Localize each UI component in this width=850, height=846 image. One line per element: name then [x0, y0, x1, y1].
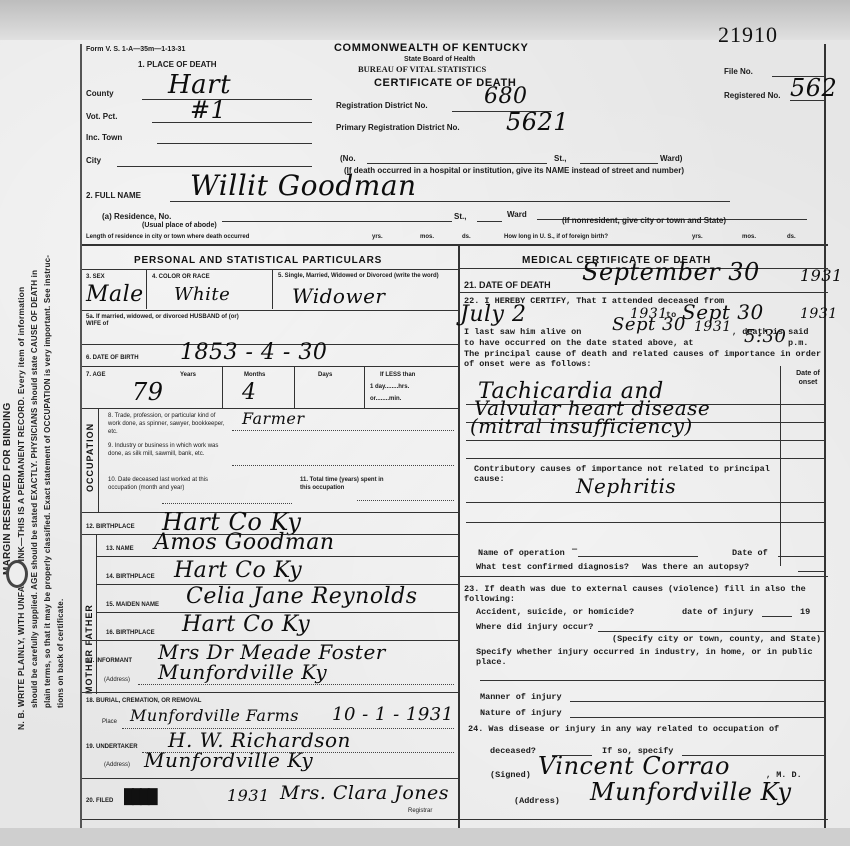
- injury-date-line: [762, 616, 792, 617]
- city-line: [117, 166, 312, 167]
- where-injury-label: Where did injury occur?: [476, 622, 593, 632]
- registration-district-label: Registration District No.: [336, 101, 428, 110]
- occupation-side-label: OCCUPATION: [85, 423, 95, 492]
- date-of-onset-label: Date of onset: [792, 369, 824, 387]
- last-saw-year: 1931: [694, 319, 732, 335]
- row-father-name-line: [96, 556, 458, 557]
- margin-binding-label: MARGIN RESERVED FOR BINDING: [2, 403, 13, 575]
- age-years-value: 79: [132, 378, 164, 406]
- burial-date-value: 10 - 1 - 1931: [332, 704, 454, 725]
- informant-label: 17. INFORMANT: [86, 658, 132, 664]
- ward-line: [580, 163, 658, 164]
- contributory-rule-2: [466, 522, 826, 523]
- occupation-related-label: 24. Was disease or injury in any way rel…: [468, 724, 779, 734]
- industry-label: 9. Industry or business in which work wa…: [108, 442, 228, 458]
- parents-side-divider: [96, 534, 97, 694]
- sex-value: Male: [86, 282, 144, 307]
- physician-address-label: (Address): [514, 796, 560, 806]
- onset-column-divider: [780, 366, 781, 566]
- color-value: White: [174, 284, 230, 305]
- death-certificate-form: Form V. S. 1-A—35m—1-13-31 COMMONWEALTH …: [80, 44, 826, 828]
- undertaker-address-value: Munfordville Ky: [144, 748, 313, 772]
- injury-year-label: 19: [800, 607, 810, 617]
- external-causes-label: 23. If death was due to external causes …: [464, 584, 826, 604]
- mother-maiden-label: 15. MAIDEN NAME: [106, 602, 159, 608]
- where-injury-line: [598, 631, 826, 632]
- nonresident-note: (If nonresident, give city or town and S…: [562, 216, 726, 225]
- age-months-value: 4: [242, 380, 257, 405]
- trade-label: 8. Trade, profession, or particular kind…: [108, 412, 228, 436]
- inc-town-label: Inc. Town: [86, 133, 122, 142]
- dob-label: 6. DATE OF BIRTH: [86, 355, 139, 361]
- test-label: What test confirmed diagnosis?: [476, 562, 629, 572]
- certificate-number: 21910: [718, 22, 778, 48]
- attended-to-year: 1931: [800, 306, 838, 322]
- primary-district-label: Primary Registration District No.: [336, 123, 460, 132]
- date-of-death-year: 1931: [800, 266, 843, 285]
- injury-location-line: [480, 680, 826, 681]
- attended-from-value: July 2: [460, 302, 526, 327]
- residence-st-line: [477, 221, 502, 222]
- nature-injury-label: Nature of injury: [480, 708, 562, 718]
- registrar-label: Registrar: [408, 808, 432, 814]
- father-name-value: Amos Goodman: [154, 530, 335, 555]
- physician-address: Munfordville Ky: [590, 778, 792, 806]
- trade-line: [232, 430, 454, 431]
- trade-value: Farmer: [242, 409, 305, 428]
- margin-instruction-line3: plain terms, so that it may be properly …: [43, 255, 52, 708]
- row-filed-line: [82, 819, 458, 820]
- operation-label: Name of operation: [478, 548, 565, 558]
- operation-line: [578, 556, 698, 557]
- cause-line-3: (mitral insufficiency): [470, 414, 693, 438]
- foreign-mos: mos.: [742, 234, 756, 240]
- filed-registrar: Mrs. Clara Jones: [280, 782, 449, 804]
- header-board: State Board of Health: [404, 56, 475, 63]
- last-worked-label: 10. Date deceased last worked at this oc…: [108, 476, 228, 492]
- burial-label: 18. BURIAL, CREMATION, OR REMOVAL: [86, 698, 201, 704]
- where-injury-note: (Specify city or town, county, and State…: [612, 634, 821, 644]
- inc-town-line: [157, 143, 312, 144]
- burial-place-label: Place: [102, 719, 117, 725]
- last-worked-line: [162, 503, 292, 504]
- street-no-label: (No.: [340, 154, 356, 163]
- foreign-ds: ds.: [787, 234, 796, 240]
- residence-line: [222, 221, 452, 222]
- residence-yrs: yrs.: [372, 234, 383, 240]
- manner-injury-line: [570, 701, 826, 702]
- punch-hole-icon: [6, 560, 28, 588]
- contributory-rule-1: [466, 502, 826, 503]
- file-no-label: File No.: [724, 67, 753, 76]
- operation-divider: [460, 576, 828, 577]
- one-day-label: 1 day........hrs.: [370, 384, 409, 390]
- operation-date-line: [778, 556, 826, 557]
- header-divider: [82, 244, 828, 246]
- county-label: County: [86, 89, 114, 98]
- row-informant-line: [82, 692, 458, 693]
- total-time-line: [357, 500, 454, 501]
- total-time-label: 11. Total time (years) spent in this occ…: [300, 476, 390, 492]
- personal-title-line: [82, 269, 458, 270]
- header-commonwealth: COMMONWEALTH OF KENTUCKY: [334, 42, 528, 54]
- full-name-label: 2. FULL NAME: [86, 191, 141, 200]
- autopsy-label: Was there an autopsy?: [642, 562, 749, 572]
- age-months-label: Months: [244, 372, 265, 378]
- street-label: St.,: [554, 154, 566, 163]
- informant-address-label: (Address): [104, 677, 130, 683]
- spouse-label: 5a. If married, widowed, or divorced HUS…: [86, 314, 246, 328]
- row-undertaker-line: [82, 778, 458, 779]
- age-days-label: Days: [318, 372, 332, 378]
- residence-label: (a) Residence, No.: [102, 212, 171, 221]
- form-code: Form V. S. 1-A—35m—1-13-31: [86, 46, 185, 53]
- residence-length-label: Length of residence in city or town wher…: [86, 234, 249, 240]
- mother-maiden-value: Celia Jane Reynolds: [186, 584, 418, 609]
- margin-instruction-line1: N. B. WRITE PLAINLY, WITH UNFADING INK—T…: [16, 287, 26, 730]
- color-label: 4. COLOR OR RACE: [152, 274, 210, 280]
- place-of-death-label: 1. PLACE OF DEATH: [138, 60, 217, 69]
- certificate-page: MARGIN RESERVED FOR BINDING N. B. WRITE …: [0, 0, 850, 846]
- dob-value: 1853 - 4 - 30: [180, 340, 327, 365]
- industry-line: [232, 465, 454, 466]
- injury-date-label: date of injury: [682, 607, 753, 617]
- signature-bottom-line: [460, 819, 828, 820]
- cause-line-4-rule: [466, 458, 826, 459]
- or-min-label: or........min.: [370, 396, 401, 402]
- autopsy-line: [798, 571, 826, 572]
- age-label: 7. AGE: [86, 372, 105, 378]
- full-name-value: Willit Goodman: [190, 169, 417, 202]
- undertaker-address-label: (Address): [104, 762, 130, 768]
- binding-margin: MARGIN RESERVED FOR BINDING N. B. WRITE …: [0, 0, 76, 846]
- informant-address-line: [138, 684, 454, 685]
- parents-side-label: MOTHER FATHER: [84, 604, 94, 694]
- age-months-divider: [294, 366, 295, 408]
- operation-value: —: [572, 544, 577, 554]
- row-sex-line: [82, 310, 458, 311]
- informant-address-value: Munfordville Ky: [158, 660, 327, 684]
- residence-ward-label: Ward: [507, 210, 527, 219]
- sex-divider: [146, 269, 147, 309]
- less-than-label: If LESS than: [380, 372, 415, 378]
- burial-place-value: Munfordville Farms: [130, 706, 299, 725]
- mother-birthplace-label: 16. BIRTHPLACE: [106, 630, 155, 636]
- registered-no-label: Registered No.: [724, 91, 780, 100]
- cause-intro: The principal cause of death and related…: [464, 349, 826, 369]
- marital-value: Widower: [292, 284, 385, 308]
- vot-pct-value: #1: [190, 96, 226, 124]
- margin-instruction-line4: tions on back of certificate.: [56, 599, 65, 708]
- pm-label: p.m.: [788, 338, 808, 348]
- signed-label: (Signed): [490, 770, 531, 780]
- occupation-side-divider: [98, 408, 99, 512]
- undertaker-label: 19. UNDERTAKER: [86, 744, 138, 750]
- age-years-label: Years: [180, 372, 196, 378]
- residence-st-label: St.,: [454, 212, 466, 221]
- age-years-divider: [222, 366, 223, 408]
- date-of-death-value: September 30: [582, 258, 760, 286]
- last-saw-value: Sept 30: [612, 314, 686, 335]
- manner-injury-label: Manner of injury: [480, 692, 562, 702]
- occupation-related-deceased-label: deceased?: [490, 746, 536, 756]
- margin-instruction-line2: should be carefully supplied. AGE should…: [30, 270, 39, 708]
- occurred-label: to have occurred on the date stated abov…: [464, 338, 694, 348]
- city-label: City: [86, 156, 101, 165]
- personal-section-title: PERSONAL AND STATISTICAL PARTICULARS: [134, 255, 382, 266]
- primary-district-value: 5621: [506, 108, 569, 136]
- foreign-yrs: yrs.: [692, 234, 703, 240]
- filed-date-obscured: ████: [124, 788, 156, 804]
- sex-label: 3. SEX: [86, 274, 105, 280]
- physician-signature: Vincent Corrao: [538, 752, 730, 780]
- date-of-death-label: 21. DATE OF DEATH: [464, 280, 551, 290]
- filed-label: 20. FILED: [86, 798, 113, 804]
- vot-pct-line: [152, 122, 312, 123]
- mother-birthplace-value: Hart Co Ky: [182, 612, 310, 637]
- ward-label: Ward): [660, 154, 682, 163]
- father-birthplace-label: 14. BIRTHPLACE: [106, 574, 155, 580]
- scan-edge-bottom: [0, 828, 850, 846]
- registered-no-value: 562: [790, 74, 837, 102]
- contributory-value: Nephritis: [576, 474, 676, 498]
- registration-district-value: 680: [484, 84, 528, 109]
- color-divider: [272, 269, 273, 309]
- filed-year: 1931: [227, 786, 270, 805]
- row-dob-line: [82, 366, 458, 367]
- operation-date-label: Date of: [732, 548, 768, 558]
- last-saw-label: I last saw him alive on: [464, 327, 581, 337]
- street-no-line: [367, 163, 547, 164]
- birthplace-label: 12. BIRTHPLACE: [86, 524, 135, 530]
- nature-injury-line: [570, 717, 826, 718]
- father-name-label: 13. NAME: [106, 546, 134, 552]
- father-birthplace-value: Hart Co Ky: [174, 558, 302, 583]
- time-of-death: 5:30: [744, 326, 786, 347]
- center-divider: [458, 246, 460, 828]
- residence-sublabel: (Usual place of abode): [142, 222, 217, 229]
- cause-line-3-rule: [466, 440, 826, 441]
- accident-label: Accident, suicide, or homicide?: [476, 607, 634, 617]
- age-days-divider: [364, 366, 365, 408]
- date-of-death-line: [460, 292, 828, 293]
- residence-ds: ds.: [462, 234, 471, 240]
- header-bureau: BUREAU OF VITAL STATISTICS: [358, 64, 486, 74]
- injury-location-specify: Specify whether injury occurred in indus…: [476, 647, 826, 667]
- residence-mos: mos.: [420, 234, 434, 240]
- vot-pct-label: Vot. Pct.: [86, 112, 117, 121]
- foreign-birth-label: How long in U. S., if of foreign birth?: [504, 234, 608, 240]
- marital-label: 5. Single, Married, Widowed or Divorced …: [278, 273, 458, 280]
